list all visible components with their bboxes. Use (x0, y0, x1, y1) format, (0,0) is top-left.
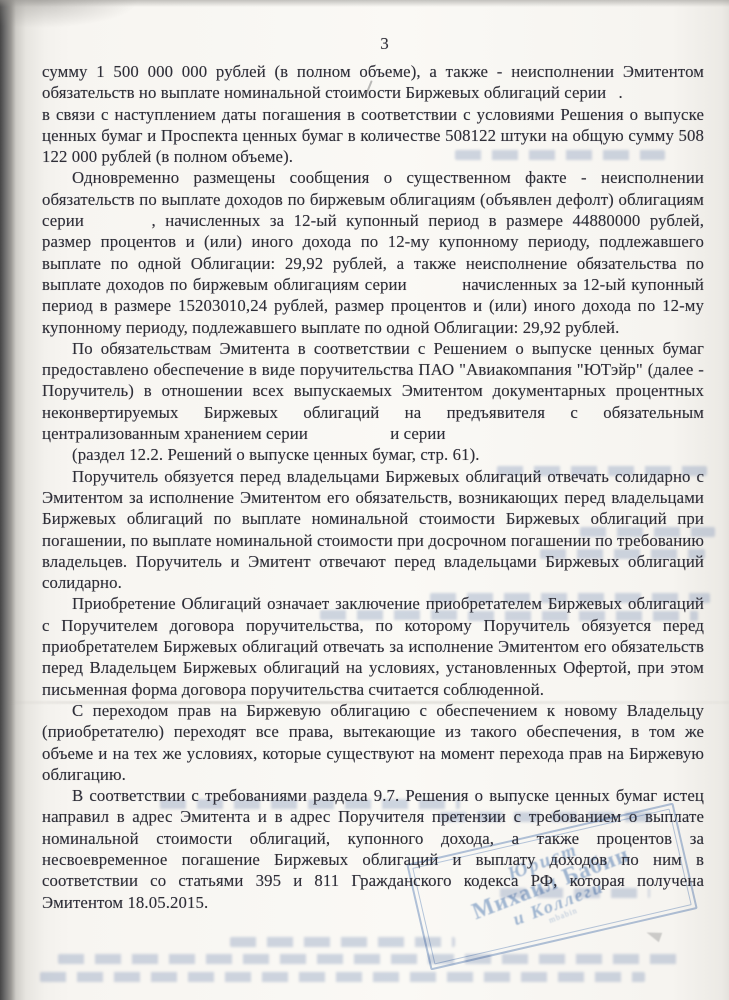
redacted-blank (611, 97, 619, 98)
paragraph-3: Одновременно размещены сообщения о сущес… (42, 167, 704, 337)
page-number: 3 (0, 34, 729, 54)
bleed-through-artifact (58, 954, 683, 964)
redacted-blank (93, 225, 151, 226)
document-body: сумму 1 500 000 000 рублей (в полном объ… (42, 61, 704, 913)
bleed-through-artifact (230, 937, 455, 947)
paragraph-7: Приобретение Облигаций означает заключен… (42, 593, 704, 699)
paragraph-2: в связи с наступлением даты погашения в … (42, 104, 704, 168)
paragraph-4: По обязательствам Эмитента в соответстви… (42, 338, 704, 444)
redacted-blank (412, 289, 462, 290)
paragraph-8: С переходом прав на Биржевую облигацию с… (42, 700, 704, 785)
redacted-blank (312, 438, 390, 439)
paragraph-9: В соответствии с требованиями раздела 9.… (42, 785, 704, 913)
paragraph-6: Поручитель обязуется перед владельцами Б… (42, 466, 704, 594)
paragraph-1: сумму 1 500 000 000 рублей (в полном объ… (42, 61, 704, 104)
bleed-through-artifact (40, 972, 645, 982)
paragraph-5: (раздел 12.2. Решений о выпуске ценных б… (42, 444, 704, 465)
